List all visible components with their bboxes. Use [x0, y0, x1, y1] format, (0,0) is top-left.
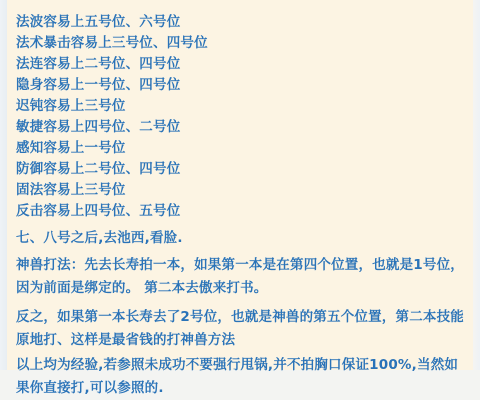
otherwise-paragraph: 反之，如果第一本长寿去了2号位，也就是神兽的第五个位置，第二本技能原地打、这样是…: [16, 306, 466, 352]
skill-line: 防御容易上二号位、四号位: [16, 159, 180, 179]
skill-line: 反击容易上四号位、五号位: [16, 201, 180, 221]
skill-line: 感知容易上一号位: [16, 138, 126, 158]
skill-line: 敏捷容易上四号位、二号位: [16, 117, 180, 137]
left-border: [0, 0, 7, 370]
skill-line: 固法容易上三号位: [16, 180, 126, 200]
skill-line: 法连容易上二号位、四号位: [16, 54, 180, 74]
skill-line: 迟钝容易上三号位: [16, 96, 126, 116]
skill-line: 法术暴击容易上三号位、四号位: [16, 33, 208, 53]
divine-beast-method-paragraph: 神兽打法：先去长寿拍一本，如果第一本是在第四个位置，也就是1号位，因为前面是绑定…: [16, 254, 466, 300]
right-border: [473, 0, 480, 370]
content-panel: 法波容易上五号位、六号位 法术暴击容易上三号位、四号位 法连容易上二号位、四号位…: [7, 0, 473, 370]
disclaimer-paragraph: 以上均为经验,若参照未成功不要强行甩锅,并不拍胸口保证100%,当然如果你直接打…: [16, 354, 466, 370]
skill-line: 隐身容易上一号位、四号位: [16, 75, 180, 95]
skill-line: 法波容易上五号位、六号位: [16, 12, 180, 32]
after-seven-eight-note: 七、八号之后,去池西,看脸.: [16, 228, 183, 248]
